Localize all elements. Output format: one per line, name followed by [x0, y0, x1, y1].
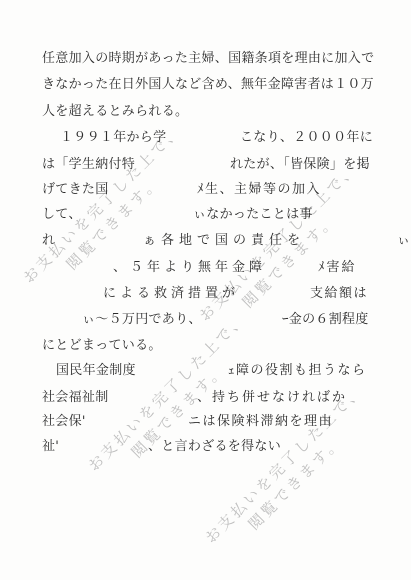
text-row: １９９１年から学こなり、２０００年に [0, 126, 411, 142]
text-row: は「学生納付特れたが、「皆保険」を掲 [0, 153, 411, 169]
text-segment: して、 [42, 203, 82, 222]
text-row: 社会福祉制、持ち併せなければか [0, 386, 411, 402]
text-row: きなかった在日外国人など含め、無年金障害者は１０万 [0, 73, 411, 89]
text-row: げてきた国ﾒ生、主婦等の加入 [0, 178, 411, 194]
text-segment: こなり、２０００年に [240, 126, 373, 145]
text-segment: 支給額は [310, 282, 368, 301]
text-row: にとどまっている。 [0, 334, 411, 350]
text-segment: ニは保険料滞納を理由 [188, 410, 333, 429]
text-segment: 、持ち併せなければか [197, 386, 347, 405]
text-row: して、ぃなかったことは事 [0, 203, 411, 219]
text-row: 国民年金制度ｪ障の役割も担うなら [0, 359, 411, 375]
document-page: お支払いを完了した上で、閲覧できます。お支払いを完了した上で、閲覧できます。お支… [0, 0, 411, 580]
text-segment: にとどまっている。 [42, 334, 162, 353]
document-text-layer: 任意加入の時期があった主婦、国籍条項を理由に加入できなかった在日外国人など含め、… [0, 0, 411, 580]
text-row: による救済措置が支給額は [0, 282, 411, 298]
text-segment: ぃ [397, 229, 410, 248]
text-segment: 任意加入の時期があった主婦、国籍条項を理由に加入で [42, 47, 374, 66]
text-segment: 社会福祉制 [42, 386, 109, 405]
text-row: 、５年より無年金障ﾒ害給 [0, 256, 411, 272]
text-row: 任意加入の時期があった主婦、国籍条項を理由に加入で [0, 47, 411, 63]
text-segment: ｰ金の６割程度 [282, 308, 369, 327]
text-segment: 人を超えるとみられる。 [42, 100, 188, 119]
text-segment: 祉' [42, 435, 59, 454]
text-segment: 国民年金制度 [56, 359, 136, 378]
text-segment: ﾒ生、主婦等の加入 [197, 178, 321, 197]
text-segment: ｪ障の役割も担うなら [228, 359, 367, 378]
text-segment: は「学生納付特 [42, 153, 135, 172]
text-segment: による救済措置が [103, 282, 239, 301]
text-row: ぃ～５万円であり、ｰ金の６割程度 [0, 308, 411, 324]
text-segment: れたが、「皆保険」を掲 [230, 153, 370, 172]
text-segment: げてきた国 [42, 178, 109, 197]
text-segment: ﾒ害給 [318, 256, 357, 275]
text-row: 祉'、と言わざるを得ない [0, 435, 411, 451]
text-segment: ぃ～５万円であり、 [82, 308, 202, 327]
text-row: 人を超えるとみられる。 [0, 100, 411, 116]
text-segment: ぁ各地で国の責任を [143, 229, 305, 248]
text-segment: １９９１年から学 [60, 126, 166, 145]
text-segment: 、と言わざるを得ない [148, 435, 281, 454]
text-segment: ぃなかったことは事 [193, 203, 313, 222]
text-segment: れ [42, 229, 55, 248]
text-row: れぁ各地で国の責任をぃ [0, 229, 411, 245]
text-segment: きなかった在日外国人など含め、無年金障害者は１０万 [42, 73, 374, 92]
text-segment: 、５年より無年金障 [113, 256, 266, 275]
text-segment: 社会保' [42, 410, 86, 429]
text-row: 社会保'ニは保険料滞納を理由 [0, 410, 411, 426]
